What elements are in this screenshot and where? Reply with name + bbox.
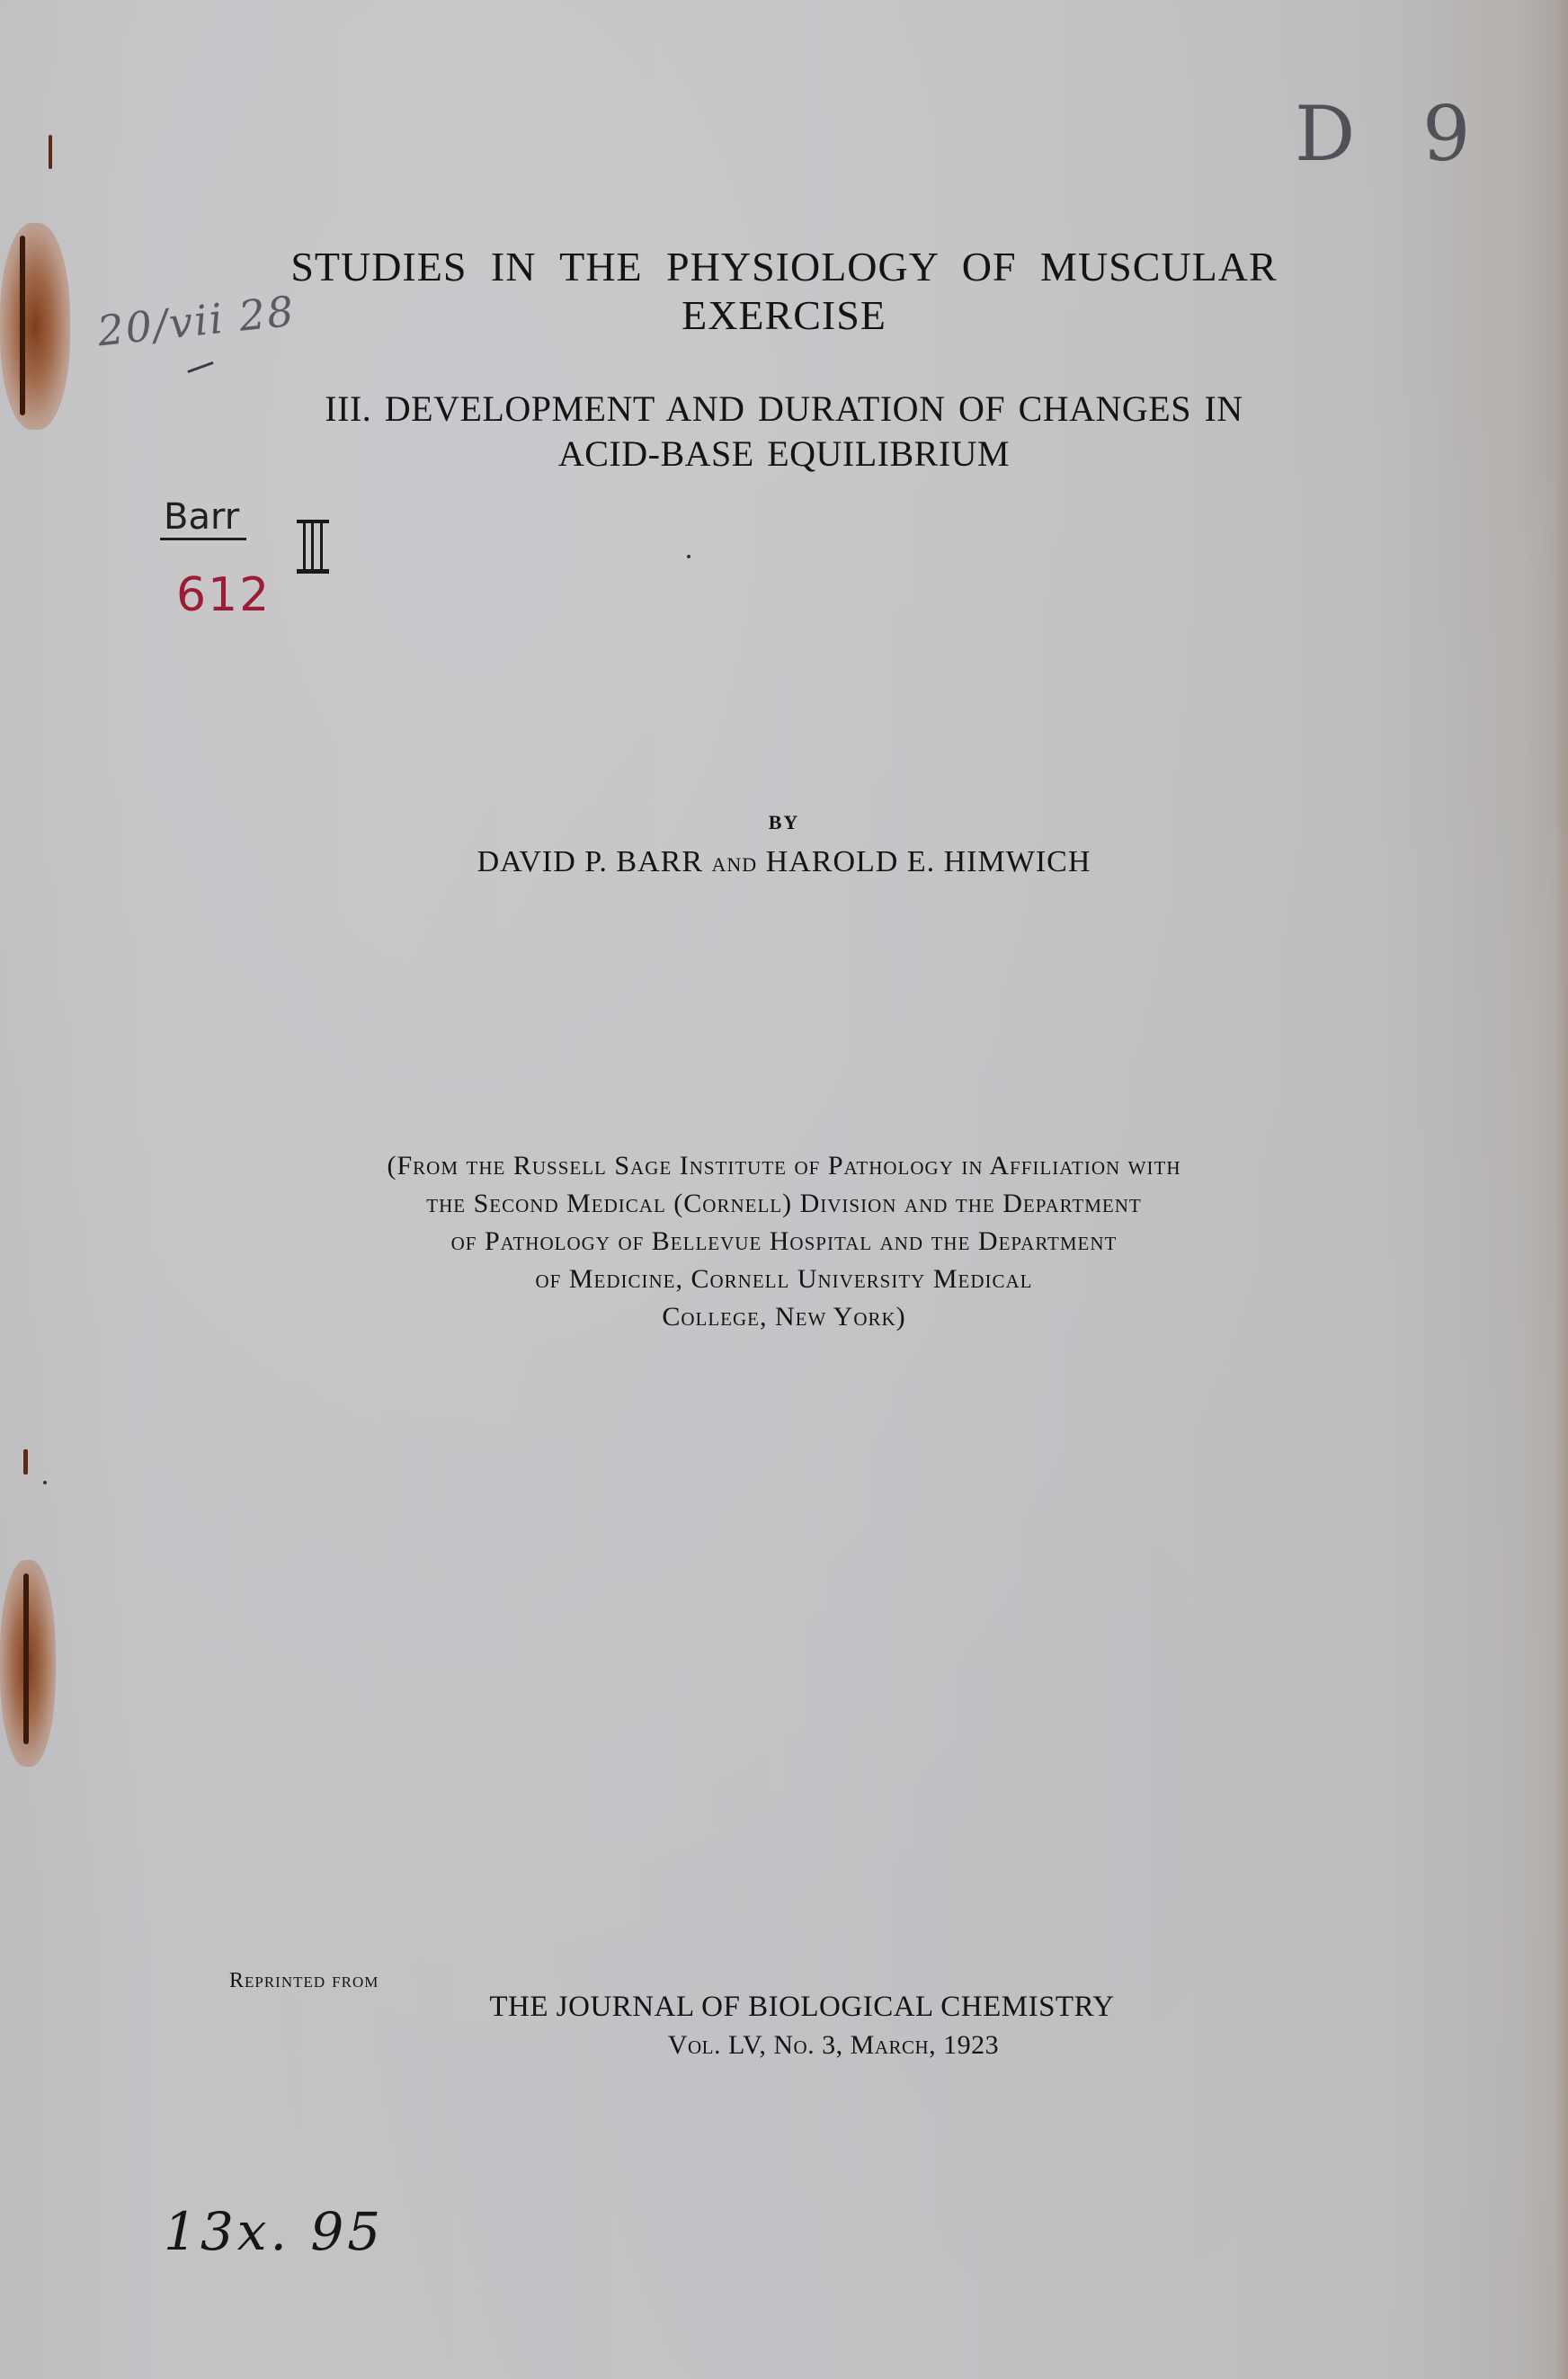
staple-mark-bottom [23, 1573, 29, 1744]
part-numeral-annotation [297, 520, 329, 574]
numeral-stroke [303, 523, 306, 569]
series-title: STUDIES IN THE PHYSIOLOGY OF MUSCULAR EX… [0, 243, 1568, 340]
numeral-stroke [311, 523, 314, 569]
affiliation-line: of Pathology of Bellevue Hospital and th… [0, 1223, 1568, 1261]
author-name: DAVID P. BARR [477, 845, 703, 878]
shelf-mark-annotation: D 9 [1295, 90, 1492, 178]
rust-mark [23, 1449, 28, 1475]
affiliation: (From the Russell Sage Institute of Path… [0, 1147, 1568, 1336]
series-title-line: EXERCISE [0, 291, 1568, 340]
authors: DAVID P. BARR AND HAROLD E. HIMWICH [0, 845, 1568, 879]
paper-title-line: ACID-BASE EQUILIBRIUM [0, 432, 1568, 477]
series-title-line: STUDIES IN THE PHYSIOLOGY OF MUSCULAR [0, 243, 1568, 291]
journal-name: THE JOURNAL OF BIOLOGICAL CHEMISTRY [0, 1991, 1568, 2024]
and-label: AND [712, 853, 758, 876]
affiliation-line: the Second Medical (Cornell) Division an… [0, 1185, 1568, 1223]
volume-info: Vol. LV, No. 3, March, 1923 [0, 2030, 1568, 2061]
paper-title-line: III. DEVELOPMENT AND DURATION OF CHANGES… [0, 387, 1568, 432]
speck [687, 555, 690, 558]
by-label: BY [0, 811, 1568, 834]
author-name: HAROLD E. HIMWICH [766, 845, 1091, 878]
affiliation-line: College, New York) [0, 1298, 1568, 1336]
numeral-stroke [320, 523, 323, 569]
affiliation-line: of Medicine, Cornell University Medical [0, 1261, 1568, 1298]
reprinted-from-label: Reprinted from [229, 1969, 379, 1993]
catalog-number-annotation: 612 [176, 568, 271, 622]
affiliation-line: (From the Russell Sage Institute of Path… [0, 1147, 1568, 1185]
paper-title: III. DEVELOPMENT AND DURATION OF CHANGES… [0, 387, 1568, 477]
author-label-annotation: Barr [160, 496, 246, 540]
rust-mark [49, 135, 52, 169]
speck [43, 1481, 47, 1484]
bottom-annotation: 13x. 95 [164, 2201, 384, 2262]
